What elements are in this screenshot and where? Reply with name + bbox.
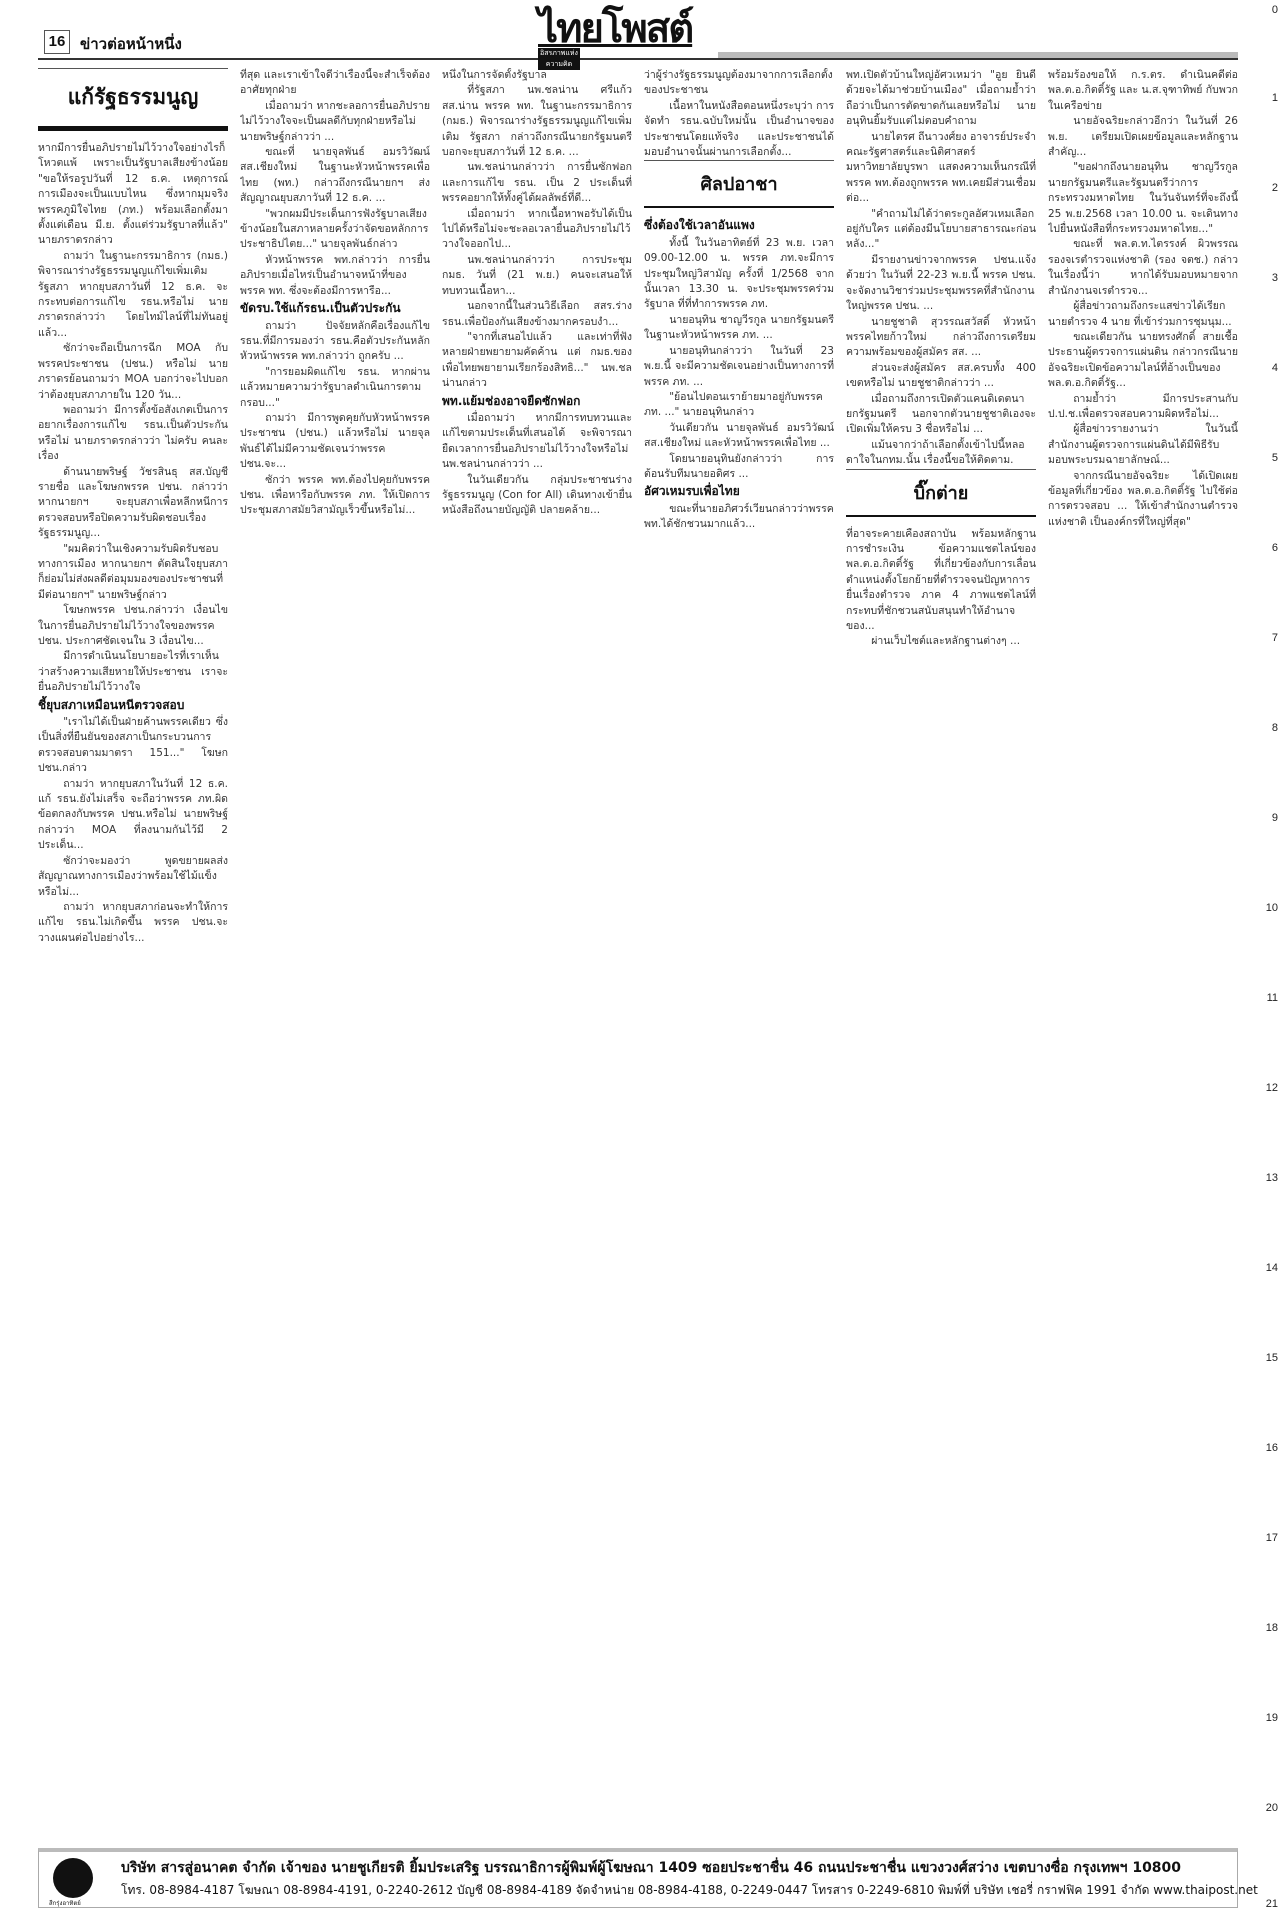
logo-tagline: อิสรภาพแห่งความคิด: [538, 48, 580, 70]
paragraph: "พวกผมมีประเด็นการฟังรัฐบาลเสียงข้างน้อย…: [240, 207, 430, 253]
paragraph: ถามย้ำว่า มีการประสานกับ ป.ป.ช.เพื่อตรวจ…: [1048, 392, 1238, 423]
paragraph: วันเดียวกัน นายจุลพันธ์ อมรวิวัฒน์ สส.เช…: [644, 421, 834, 452]
paragraph: "การยอมผิดแก้ไข รธน. หากผ่านแล้วหมายความ…: [240, 365, 430, 411]
ruler-mark: 2: [1272, 182, 1278, 194]
paragraph: ที่รัฐสภา นพ.ชลน่าน ศรีแก้ว สส.น่าน พรรค…: [442, 83, 632, 160]
ruler-mark: 10: [1266, 902, 1278, 914]
masthead-logo: ไทยโพสต์ อิสรภาพแห่งความคิด: [538, 10, 698, 58]
paragraph: "คำถามไม่ได้ว่าตระกูลอัศวเหมเลือกอยู่กับ…: [846, 207, 1036, 253]
paragraph: นายชูชาติ สุวรรณสวัสดิ์ หัวหน้าพรรคไทยก้…: [846, 315, 1036, 361]
paragraph: ขณะที่ นายจุลพันธ์ อมรวิวัฒน์ สส.เชียงให…: [240, 145, 430, 207]
paragraph: นายไตรศ ถีนาวงศ์ยง อาจารย์ประจำคณะรัฐศาส…: [846, 130, 1036, 207]
paragraph: มีการดำเนินนโยบายอะไรที่เราเห็นว่าสร้างค…: [38, 649, 228, 695]
paragraph: นพ.ชลน่านกล่าวว่า การยื่นซักฟอกและการแก้…: [442, 160, 632, 206]
paragraph: เมื่อถามถึงการเปิดตัวแคนดิเดตนายกรัฐมนตร…: [846, 392, 1036, 438]
paragraph: นอกจากนี้ในส่วนวิธีเลือก สสร.ร่าง รธน.เพ…: [442, 299, 632, 330]
paragraph: จากกรณีนายอัจฉริยะ ได้เปิดเผยข้อมูลที่เก…: [1048, 469, 1238, 531]
paragraph: ซักว่าจะถือเป็นการฉีก MOA กับพรรคประชาชน…: [38, 341, 228, 403]
ruler-mark: 5: [1272, 452, 1278, 464]
page-ruler: 0 1 2 3 4 5 6 7 8 9 10 11 12 13 14 15 16…: [1240, 0, 1286, 1920]
ruler-mark: 18: [1266, 1622, 1278, 1634]
paragraph: พร้อมร้องขอให้ ก.ร.ตร. ดำเนินคดีต่อ พล.ต…: [1048, 68, 1238, 114]
sidebar-story-title: บิ๊กต่าย: [846, 469, 1036, 517]
paragraph: นายอนุทิน ชาญวีรกูล นายกรัฐมนตรี ในฐานะห…: [644, 313, 834, 344]
ruler-mark: 0: [1272, 4, 1278, 16]
ruler-mark: 6: [1272, 542, 1278, 554]
paragraph: ส่วนจะส่งผู้สมัคร สส.ครบทั้ง 400 เขตหรือ…: [846, 361, 1036, 392]
paragraph: "เราไม่ได้เป็นฝ่ายค้านพรรคเดียว ซึ่งเป็น…: [38, 715, 228, 777]
paragraph: ถามว่า มีการพูดคุยกับหัวหน้าพรรคประชาชน …: [240, 411, 430, 473]
paragraph: ทั้งนี้ ในวันอาทิตย์ที่ 23 พ.ย. เวลา 09.…: [644, 236, 834, 313]
paragraph: ซักว่าจะมองว่า พูดขยายผลส่งสัญญาณทางการเ…: [38, 854, 228, 900]
publisher-footer: สีกรุ่งอาทิตย์ บริษัท สารสู่อนาคต จำกัด …: [38, 1848, 1238, 1908]
page-number: 16: [44, 30, 70, 54]
subheading: ขัดรบ.ใช้แก้รธน.เป็นตัวประกัน: [240, 301, 430, 316]
paragraph: "ขอฝากถึงนายอนุทิน ชาญวีรกูล นายกรัฐมนตร…: [1048, 160, 1238, 237]
paragraph: ว่าผู้ร่างรัฐธรรมนูญต้องมาจากการเลือกตั้…: [644, 68, 834, 99]
paragraph: ถามว่า ในฐานะกรรมาธิการ (กมธ.) พิจารณาร่…: [38, 249, 228, 341]
paragraph: ถามว่า หากยุบสภาในวันที่ 12 ธ.ค. แก้ รธน…: [38, 777, 228, 854]
ruler-mark: 17: [1266, 1532, 1278, 1544]
subheading: ซึ่งต้องใช้เวลาอันแพง: [644, 218, 834, 233]
paragraph: ซักว่า พรรค พท.ต้องไปคุยกับพรรค ปชน. เพื…: [240, 473, 430, 519]
ruler-mark: 7: [1272, 632, 1278, 644]
ruler-mark: 16: [1266, 1442, 1278, 1454]
ruler-mark: 15: [1266, 1352, 1278, 1364]
publisher-info: บริษัท สารสู่อนาคต จำกัด เจ้าของ นายชูเก…: [121, 1857, 1181, 1879]
paragraph: นายอัจฉริยะกล่าวอีกว่า ในวันที่ 26 พ.ย. …: [1048, 114, 1238, 160]
paragraph: ด้านนายพริษฐ์ วัชรสินธุ สส.บัญชีรายชื่อ …: [38, 465, 228, 542]
emblem-caption: สีกรุ่งอาทิตย์: [49, 1898, 81, 1908]
ruler-mark: 14: [1266, 1262, 1278, 1274]
ruler-mark: 20: [1266, 1802, 1278, 1814]
paragraph: ผู้สื่อข่าวรายงานว่า ในวันนี้ สำนักงานผู…: [1048, 422, 1238, 468]
paragraph: ขณะที่ พล.ต.ท.ไตรรงค์ ผิวพรรณ รองจเรตำรว…: [1048, 237, 1238, 299]
ruler-mark: 11: [1267, 992, 1278, 1004]
paragraph: เมื่อถามว่า หากชะลอการยื่นอภิปรายไม่ไว้ว…: [240, 99, 430, 145]
ruler-mark: 4: [1272, 362, 1278, 374]
ruler-mark: 9: [1272, 812, 1278, 824]
logo-wordmark: ไทยโพสต์: [538, 10, 698, 48]
subheading: พท.แย้มช่องอาจยืดซักฟอก: [442, 394, 632, 409]
ruler-mark: 21: [1266, 1898, 1278, 1910]
publisher-emblem-icon: [53, 1858, 93, 1898]
column-2: ที่สุด และเราเข้าใจดีว่าเรื่องนี้จะสำเร็…: [240, 68, 430, 1828]
article-columns: แก้รัฐธรรมนูญ หากมีการยื่นอภิปรายไม่ไว้ว…: [38, 68, 1238, 1828]
paragraph: "จากที่เสนอไปแล้ว และเท่าที่ฟังหลายฝ่ายพ…: [442, 330, 632, 392]
paragraph: นายอนุทินกล่าวว่า ในวันที่ 23 พ.ย.นี้ จะ…: [644, 344, 834, 390]
paragraph: แม้นจากว่าถ้าเลือกตั้งเข้าไปนี้หลอดาใจใน…: [846, 438, 1036, 469]
ruler-mark: 12: [1266, 1082, 1278, 1094]
paragraph: หากมีการยื่นอภิปรายไม่ไว้วางใจอย่างไรก็โ…: [38, 141, 228, 249]
paragraph: มีรายงานข่าวจากพรรค ปชน.แจ้งด้วยว่า ในวั…: [846, 253, 1036, 315]
paragraph: ที่อาจระคายเคืองสถาบัน พร้อมหลักฐานการชำ…: [846, 527, 1036, 635]
paragraph: นพ.ชลน่านกล่าวว่า การประชุม กมธ. วันที่ …: [442, 253, 632, 299]
ruler-mark: 8: [1272, 722, 1278, 734]
paragraph: ถามว่า หากยุบสภาก่อนจะทำให้การแก้ไข รธน.…: [38, 900, 228, 946]
paragraph: พอถามว่า มีการตั้งข้อสังเกตเป็นการอยากเร…: [38, 403, 228, 465]
column-6: พร้อมร้องขอให้ ก.ร.ตร. ดำเนินคดีต่อ พล.ต…: [1048, 68, 1238, 1828]
paragraph: ในวันเดียวกัน กลุ่มประชาชนร่างรัฐธรรมนูญ…: [442, 473, 632, 519]
column-3: หนึ่งในการจัดตั้งรัฐบาล ที่รัฐสภา นพ.ชลน…: [442, 68, 632, 1828]
page-header: 16 ข่าวต่อหน้าหนึ่ง ไทยโพสต์ อิสรภาพแห่ง…: [38, 22, 1238, 60]
article-title: แก้รัฐธรรมนูญ: [38, 68, 228, 131]
ruler-mark: 3: [1272, 272, 1278, 284]
header-rule: [38, 58, 1238, 60]
publisher-contacts: โทร. 08-8984-4187 โฆษณา 08-8984-4191, 0-…: [121, 1881, 1258, 1900]
paragraph: ขณะเดียวกัน นายทรงศักดิ์ สายเชื้อ ประธาน…: [1048, 330, 1238, 392]
column-4: ว่าผู้ร่างรัฐธรรมนูญต้องมาจากการเลือกตั้…: [644, 68, 834, 1828]
paragraph: ที่สุด และเราเข้าใจดีว่าเรื่องนี้จะสำเร็…: [240, 68, 430, 99]
paragraph: ผู้สื่อข่าวถามถึงกระแสข่าวได้เรียกนายตำร…: [1048, 299, 1238, 330]
paragraph: หัวหน้าพรรค พท.กล่าวว่า การยื่นอภิปรายเม…: [240, 253, 430, 299]
subheading: ชี้ยุบสภาเหมือนหนีตรวจสอบ: [38, 698, 228, 713]
paragraph: หนึ่งในการจัดตั้งรัฐบาล: [442, 68, 632, 83]
paragraph: ผ่านเว็บไซต์และหลักฐานต่างๆ ...: [846, 634, 1036, 649]
sidebar-story-title: ศิลปอาชา: [644, 160, 834, 208]
paragraph: ถามว่า ปัจจัยหลักคือเรื่องแก้ไข รธน.ที่ม…: [240, 319, 430, 365]
paragraph: เนื้อหาในหนังสือตอนหนึ่งระบุว่า การจัดทำ…: [644, 99, 834, 161]
paragraph: ขณะที่นายอภิศวร์เวียนกล่าวว่าพรรค พท.ได้…: [644, 502, 834, 533]
ruler-mark: 13: [1266, 1172, 1278, 1184]
paragraph: โฆษกพรรค ปชน.กล่าวว่า เงื่อนไขในการยื่นอ…: [38, 603, 228, 649]
ruler-mark: 1: [1272, 92, 1278, 104]
paragraph: "ย้อนไปตอนเราย้ายมาอยู่กับพรรค ภท. ..." …: [644, 390, 834, 421]
paragraph: พท.เปิดตัวบ้านใหญ่อัศวเหมว่า "อูย ยินดีด…: [846, 68, 1036, 130]
paragraph: โดยนายอนุทินยังกล่าวว่า การต้อนรับทีมนาย…: [644, 452, 834, 483]
column-5: พท.เปิดตัวบ้านใหญ่อัศวเหมว่า "อูย ยินดีด…: [846, 68, 1036, 1828]
subheading: อัศวเหมรบเพื่อไทย: [644, 484, 834, 499]
ruler-mark: 19: [1266, 1712, 1278, 1724]
paragraph: เมื่อถามว่า หากมีการทบทวนและแก้ไขตามประเ…: [442, 411, 632, 473]
newspaper-page: 16 ข่าวต่อหน้าหนึ่ง ไทยโพสต์ อิสรภาพแห่ง…: [0, 0, 1240, 1920]
paragraph: เมื่อถามว่า หากเนื้อหาพอรับได้เป็นไปได้ห…: [442, 207, 632, 253]
paragraph: "ผมคิดว่าในเชิงความรับผิดรับชอบทางการเมื…: [38, 542, 228, 604]
column-1: แก้รัฐธรรมนูญ หากมีการยื่นอภิปรายไม่ไว้ว…: [38, 68, 228, 1828]
section-title: ข่าวต่อหน้าหนึ่ง: [80, 32, 182, 56]
